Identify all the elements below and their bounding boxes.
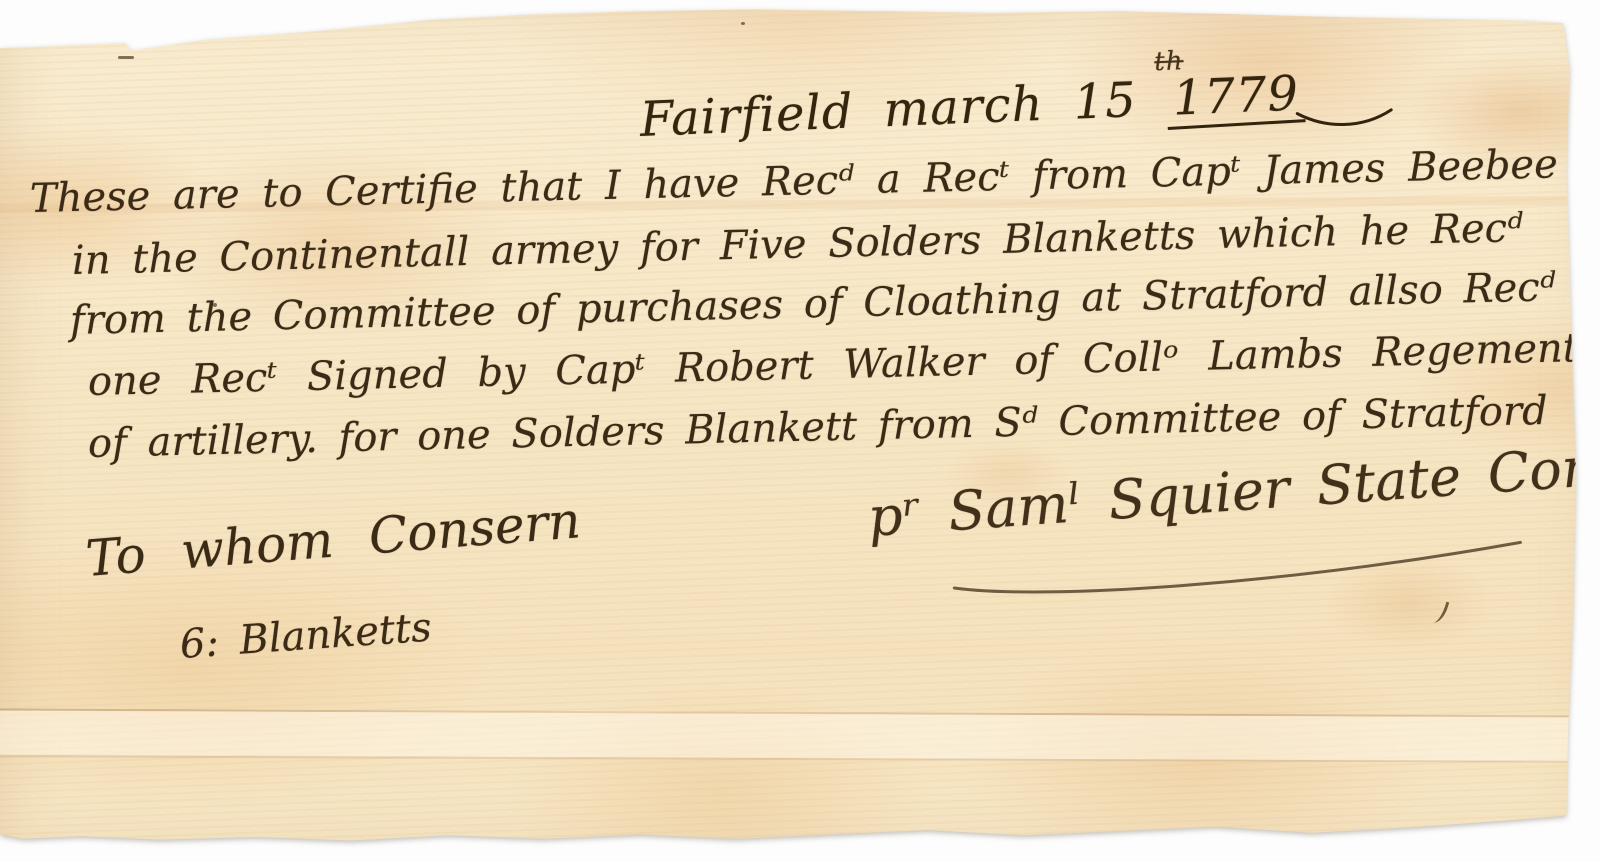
attention-line: To whom Consern [84,491,583,588]
year-underline-flourish [1295,104,1396,136]
document-paper: Fairfield march 15th 1779 These are to C… [0,0,1600,862]
heading-place-date: Fairfield march 15th 1779 [639,65,1304,148]
ink-speck [741,22,745,25]
stray-pen-mark [1431,599,1450,626]
paper-shadow-wrap: Fairfield march 15th 1779 These are to C… [0,0,1600,862]
quantity-note: 6: Blanketts [178,604,433,667]
year-text: 1779 [1166,65,1304,128]
fold-crease-upper [0,709,1600,718]
place-date-text: Fairfield march 15 [639,72,1138,148]
year-digits: 1779 [1172,66,1300,127]
signature-line: pʳ Samˡ Squier State Comˢʸ [866,431,1600,549]
scan-background: Fairfield march 15th 1779 These are to C… [0,0,1600,862]
fold-light-band [0,711,1600,762]
ink-speck [118,56,134,59]
fold-crease-lower [0,755,1600,763]
